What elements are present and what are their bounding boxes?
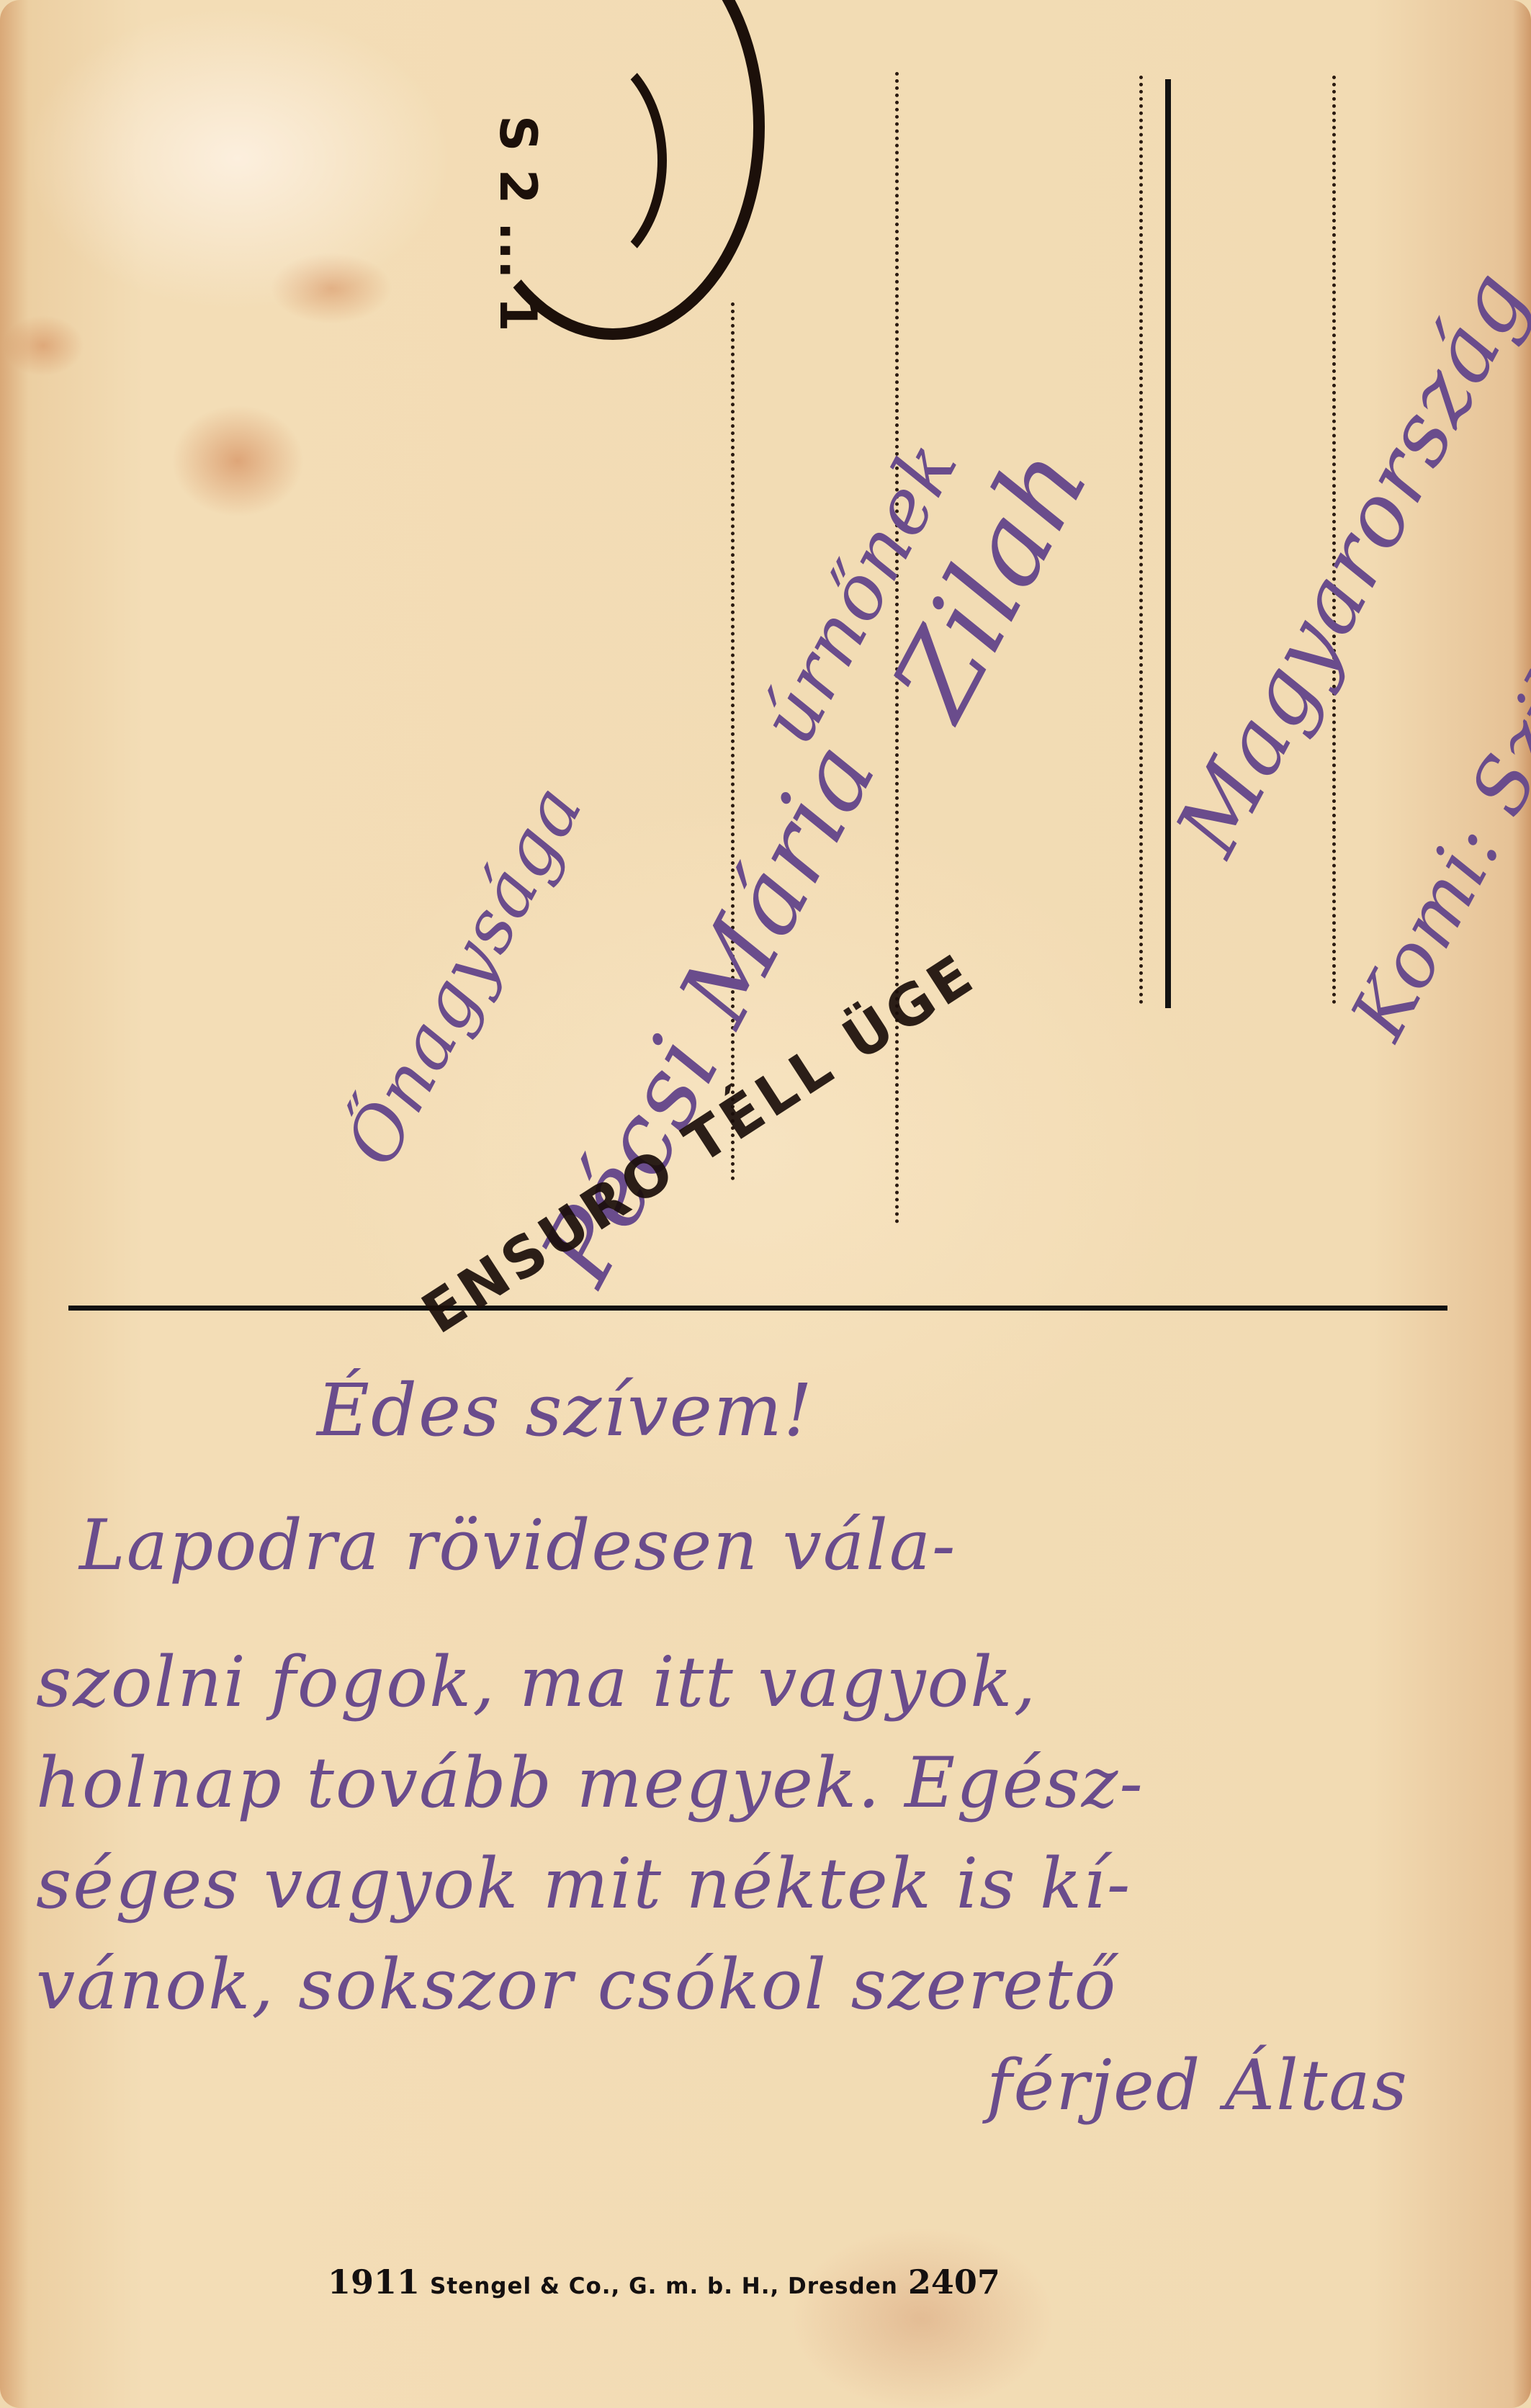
- address-line-onagysaga: Őnagysága: [329, 771, 599, 1179]
- message-greeting: Édes szívem!: [317, 1368, 814, 1452]
- postmark-text: S 2 ... 1: [488, 115, 547, 332]
- imprint-publisher: Stengel & Co., G. m. b. H., Dresden: [430, 2273, 898, 2299]
- message-signature: férjed Áltas: [987, 2045, 1409, 2126]
- printer-imprint: 1911Stengel & Co., G. m. b. H., Dresden2…: [328, 2263, 1000, 2301]
- message-line-3: holnap tovább megyek. Egész-: [36, 1743, 1144, 1823]
- vertical-divider: [1165, 79, 1171, 1008]
- postcard-back: S 2 ... 1 Őnagysága Pécsi Mária úrnőnek …: [0, 0, 1531, 2408]
- imprint-year: 1911: [328, 2263, 420, 2301]
- imprint-number: 2407: [908, 2263, 1000, 2301]
- message-line-2: szolni fogok, ma itt vagyok,: [36, 1642, 1037, 1722]
- message-line-5: vánok, sokszor csókol szerető: [36, 1944, 1117, 2025]
- message-line-1: Lapodra rövidesen vála-: [79, 1505, 956, 1586]
- horizontal-divider: [68, 1306, 1447, 1311]
- message-line-4: séges vagyok mit néktek is kí-: [36, 1843, 1131, 1924]
- address-line-3: [1139, 76, 1143, 1005]
